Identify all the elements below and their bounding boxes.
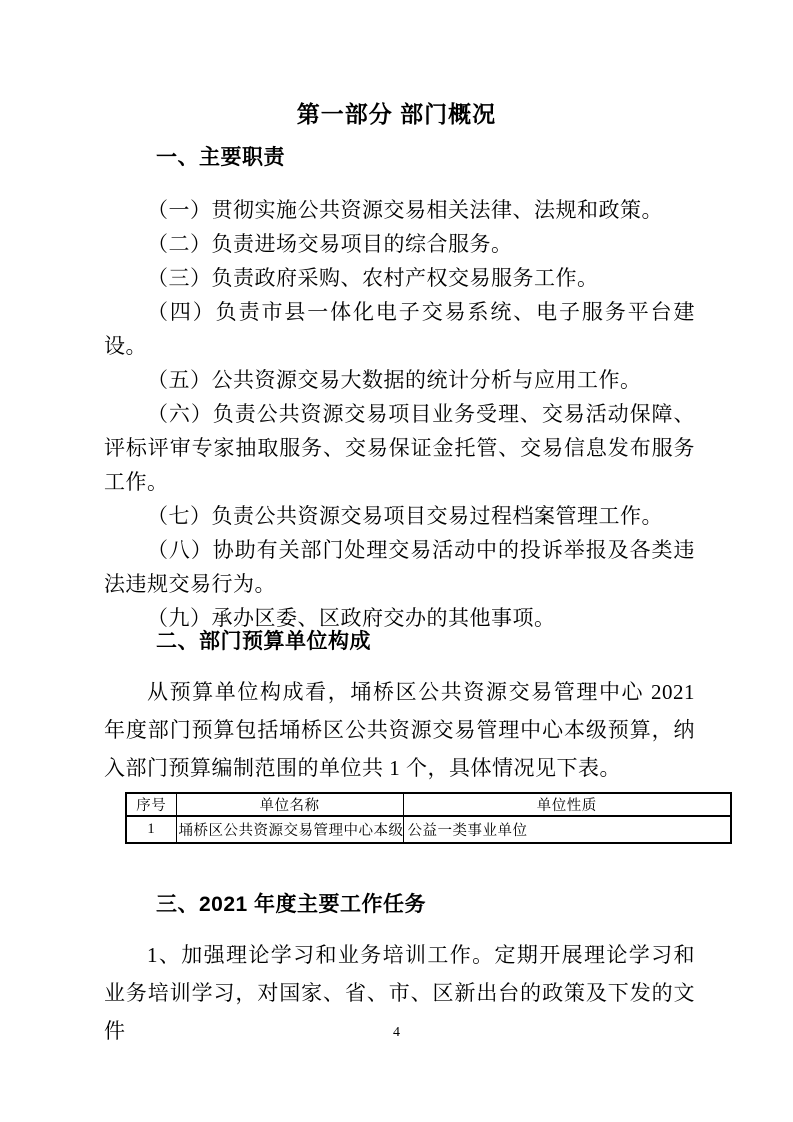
page-number: 4	[0, 1025, 793, 1041]
duty-item: （二）负责进场交易项目的综合服务。	[104, 227, 695, 261]
table-header-unit-name: 单位名称	[176, 793, 403, 816]
table-header-unit-type: 单位性质	[403, 793, 731, 816]
page-title: 第一部分 部门概况	[0, 99, 793, 129]
duty-item: （三）负责政府采购、农村产权交易服务工作。	[104, 261, 695, 295]
unit-name-cell: 埇桥区公共资源交易管理中心本级	[176, 816, 403, 843]
table-header-serial: 序号	[126, 793, 176, 816]
table-header-row: 序号 单位名称 单位性质	[126, 793, 731, 816]
document-page: 第一部分 部门概况 一、主要职责 （一）贯彻实施公共资源交易相关法律、法规和政策…	[0, 0, 793, 1122]
duty-item: （八）协助有关部门处理交易活动中的投诉举报及各类违法违规交易行为。	[104, 533, 695, 601]
duty-item: （四）负责市县一体化电子交易系统、电子服务平台建设。	[104, 295, 695, 363]
section-one-heading: 一、主要职责	[156, 145, 285, 171]
duty-item: （六）负责公共资源交易项目业务受理、交易活动保障、评标评审专家抽取服务、交易保证…	[104, 397, 695, 499]
section-two-heading: 二、部门预算单位构成	[156, 629, 371, 655]
duty-item: （七）负责公共资源交易项目交易过程档案管理工作。	[104, 499, 695, 533]
units-table: 序号 单位名称 单位性质 1 埇桥区公共资源交易管理中心本级 公益一类事业单位	[125, 792, 732, 844]
unit-type-cell: 公益一类事业单位	[403, 816, 731, 843]
duty-item: （一）贯彻实施公共资源交易相关法律、法规和政策。	[104, 193, 695, 227]
table-row: 1 埇桥区公共资源交易管理中心本级 公益一类事业单位	[126, 816, 731, 843]
duty-item: （五）公共资源交易大数据的统计分析与应用工作。	[104, 363, 695, 397]
unit-serial-cell: 1	[126, 816, 176, 843]
duties-list: （一）贯彻实施公共资源交易相关法律、法规和政策。 （二）负责进场交易项目的综合服…	[104, 193, 695, 635]
section-three-heading: 三、2021 年度主要工作任务	[156, 892, 426, 918]
budget-composition-paragraph: 从预算单位构成看，埇桥区公共资源交易管理中心 2021 年度部门预算包括埇桥区公…	[104, 673, 695, 787]
